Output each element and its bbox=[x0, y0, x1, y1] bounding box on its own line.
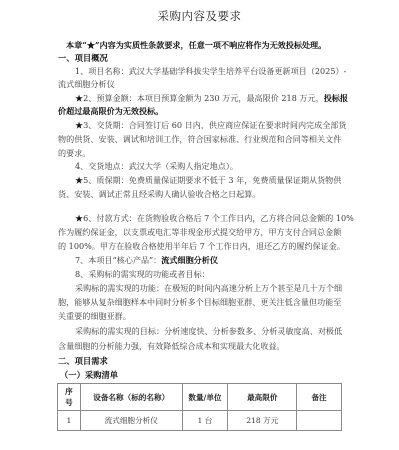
star-icon: ★ bbox=[75, 93, 83, 103]
table-row: 1 流式细胞分析仪 1 台 218 万元 bbox=[58, 411, 342, 431]
item3-line2: 物的供货、安装、调试和培训工作，符合国家标准、行业规范和合同等相关文件 bbox=[58, 134, 341, 145]
core-product: 流式细胞分析仪 bbox=[161, 255, 218, 265]
item2-text: 2、预算金额：本项目预算金额为 230 万元，最高限价 218 万元， bbox=[83, 93, 324, 103]
item6-text: 6、付款方式：在货物验收合格后 7 个工作日内，乙方将合同总金额的 10% bbox=[83, 213, 354, 223]
function-line2: 胞，能够从复杂细胞样本中同时分析多个目标细胞亚群、更关注低含量但功能至 bbox=[58, 297, 341, 308]
item7-text: 7、本项目“核心产品”： bbox=[75, 255, 161, 265]
cell-note bbox=[297, 411, 342, 431]
header-note: 备注 bbox=[297, 384, 342, 411]
item2-line1: ★2、预算金额：本项目预算金额为 230 万元，最高限价 218 万元，投标报 bbox=[75, 93, 348, 104]
subheading-purchase-list: （一）采购清单 bbox=[60, 370, 118, 381]
item6-line3: 的 100%。甲方在验收合格使用半年后 7 个工作日内，退还乙方的履约保证金。 bbox=[58, 241, 345, 252]
header-seq: 序 号 bbox=[58, 384, 81, 411]
item2-bold: 投标报 bbox=[324, 93, 348, 103]
cell-qty: 1 台 bbox=[182, 411, 228, 431]
item5-line1: ★5、质保期：免费质量保证期要求不低于 3 年，免费质量保证期从货物供 bbox=[75, 175, 341, 186]
cell-price: 218 万元 bbox=[228, 411, 297, 431]
item5-line2: 货、安装、调试正常且经采购人确认验收合格之日起算。 bbox=[58, 189, 260, 200]
item3-text: 3、交货期：合同签订后 60 日内，供应商应保证在要求时间内完成全部货 bbox=[83, 120, 346, 130]
item1-line2: 流式细胞分析仪 bbox=[58, 79, 115, 90]
cell-name: 流式细胞分析仪 bbox=[80, 411, 182, 431]
star-icon: ★ bbox=[75, 213, 83, 223]
cell-seq: 1 bbox=[58, 411, 81, 431]
item5-text: 5、质保期：免费质量保证期要求不低于 3 年，免费质量保证期从货物供 bbox=[83, 175, 341, 185]
item3-line3: 的要求。 bbox=[58, 148, 90, 159]
item6-line2: 作为履约保证金，以支票或电汇等非现金形式提交给甲方，甲方支付合同总金额 bbox=[58, 227, 341, 238]
item8: 8、采购标的需实现的功能或者目标： bbox=[75, 269, 210, 280]
star-icon: ★ bbox=[75, 120, 83, 130]
header-seq-bottom: 号 bbox=[58, 397, 80, 408]
table-header-row: 序 号 设备名称（标的名称） 数量/单位 最高限价 备注 bbox=[58, 384, 342, 411]
goal-line1: 采购标的需实现的目标：分析速度快、分析参数多、分析灵敏度高、对极低 bbox=[75, 326, 342, 337]
item3-line1: ★3、交货期：合同签订后 60 日内，供应商应保证在要求时间内完成全部货 bbox=[75, 120, 347, 131]
function-line1: 采购标的需实现的功能：在极短的时间内高速分析上万个甚至是几十万个细 bbox=[75, 283, 342, 294]
purchase-list-table: 序 号 设备名称（标的名称） 数量/单位 最高限价 备注 1 流式细胞分析仪 1… bbox=[57, 383, 342, 431]
section-heading-requirements: 二、项目需求 bbox=[58, 356, 108, 367]
star-icon: ★ bbox=[75, 175, 83, 185]
notice-text: 本章“★”内容为实质性条款要求，任意一项不响应将作为无效投标处理。 bbox=[66, 40, 326, 51]
header-seq-top: 序 bbox=[58, 386, 80, 397]
section-heading-overview: 一、项目概况 bbox=[58, 53, 108, 64]
header-price: 最高限价 bbox=[228, 384, 297, 411]
function-line3: 关重要的细胞亚群。 bbox=[58, 311, 131, 322]
goal-line2: 含量细胞的分析能力强，有效降低综合成本和实现最大化收益。 bbox=[58, 341, 285, 352]
header-name: 设备名称（标的名称） bbox=[80, 384, 182, 411]
page-title: 采购内容及要求 bbox=[0, 8, 399, 24]
document-page: 采购内容及要求 本章“★”内容为实质性条款要求，任意一项不响应将作为无效投标处理… bbox=[0, 0, 399, 450]
item2-line2: 价超过最高限价为无效投标。 bbox=[58, 106, 163, 117]
item7: 7、本项目“核心产品”：流式细胞分析仪 bbox=[75, 255, 218, 266]
item6-line1: ★6、付款方式：在货物验收合格后 7 个工作日内，乙方将合同总金额的 10% bbox=[75, 213, 354, 224]
header-qty: 数量/单位 bbox=[182, 384, 228, 411]
item1-line1: 1、项目名称：武汉大学基础学科拔尖学生培养平台设备更新项目（2025）- bbox=[75, 66, 346, 77]
item4: 4、交货地点：武汉大学（采购人指定地点）。 bbox=[75, 161, 238, 172]
